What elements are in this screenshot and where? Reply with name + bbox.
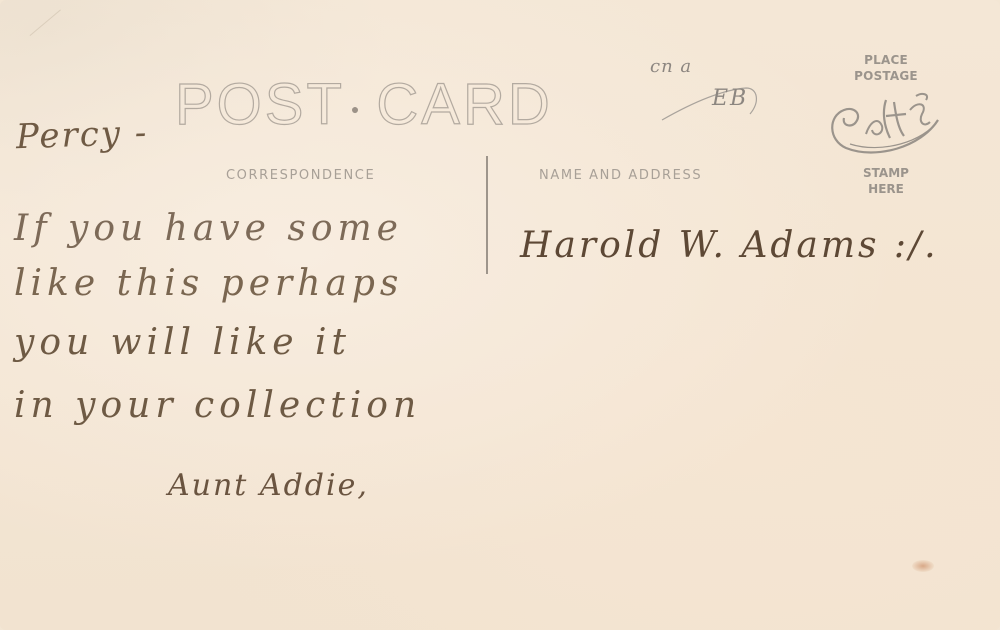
- here-text: HERE: [826, 181, 946, 197]
- cyko-monogram-icon: [826, 82, 946, 162]
- worn-corner: [0, 0, 61, 36]
- place-text: PLACE: [826, 52, 946, 68]
- correspondence-label: CORRESPONDENCE: [226, 168, 375, 183]
- message-signature: Aunt Addie,: [168, 468, 369, 503]
- title-post: POST: [175, 72, 345, 137]
- stamp-bottom-text: STAMP HERE: [826, 165, 946, 197]
- title-card: CARD: [376, 72, 552, 137]
- divider-line: [486, 156, 488, 274]
- message-line-3: you will like it: [14, 322, 351, 363]
- pencil-note: cn a: [650, 56, 692, 77]
- message-line-1: If you have some: [14, 208, 403, 249]
- title-dot: ●: [351, 101, 362, 117]
- postcard-back: POST●CARD CORRESPONDENCE NAME AND ADDRES…: [0, 0, 1000, 630]
- stamp-text: STAMP: [826, 165, 946, 181]
- stamp-box: PLACE POSTAGE STAMP HERE: [826, 52, 946, 202]
- recipient-name: Harold W. Adams :/.: [520, 225, 939, 266]
- pencil-initials: EB: [712, 86, 748, 111]
- message-greeting: Percy -: [15, 113, 149, 158]
- message-line-4: in your collection: [14, 385, 421, 426]
- paper-stain: [912, 560, 934, 572]
- name-address-label: NAME AND ADDRESS: [539, 168, 702, 183]
- postcard-title: POST●CARD: [175, 76, 553, 134]
- stamp-top-text: PLACE POSTAGE: [826, 52, 946, 84]
- message-line-2: like this perhaps: [14, 263, 403, 304]
